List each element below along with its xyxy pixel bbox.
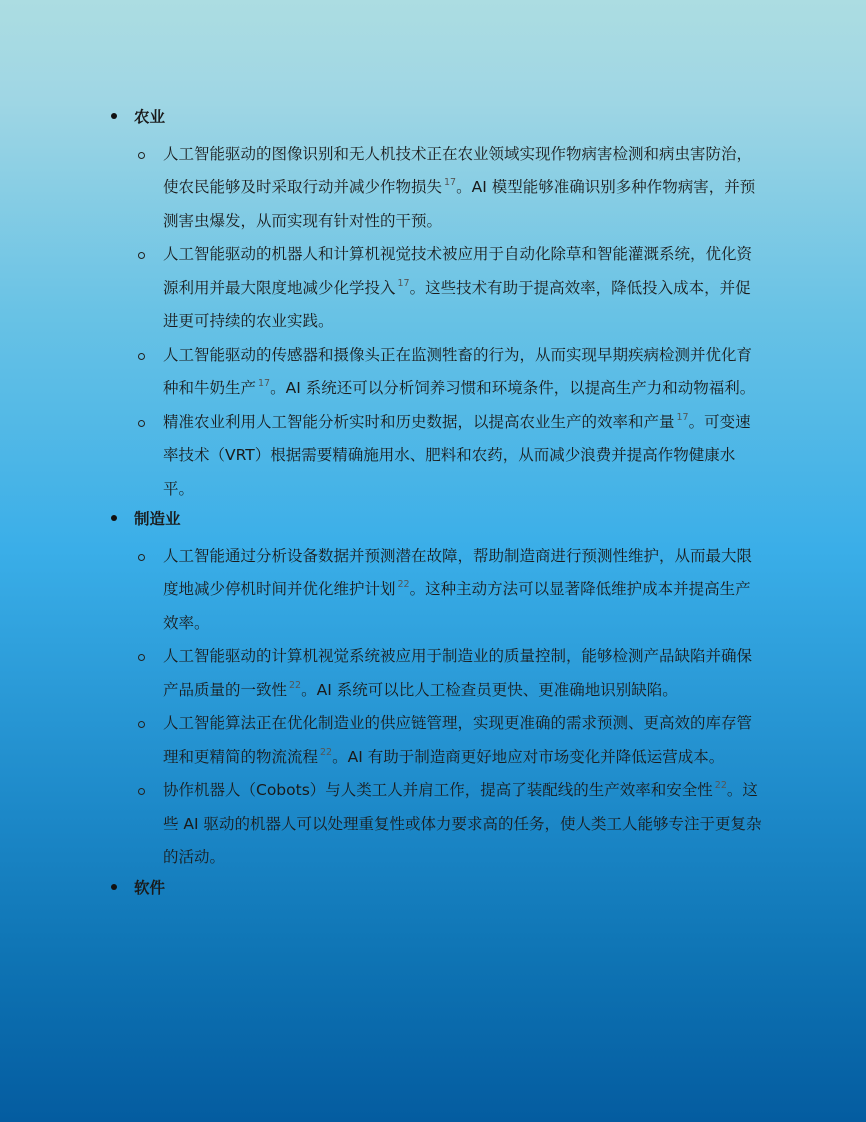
item-text: 人工智能通过分析设备数据并预测潜在故障，帮助制造商进行预测性维护，从而最大限度地…: [163, 540, 763, 641]
section-heading: 制造业: [108, 506, 768, 540]
item-text-main: 协作机器人（Cobots）与人类工人并肩工作，提高了装配线的生产效率和安全性: [163, 781, 713, 799]
list-item: 人工智能驱动的计算机视觉系统被应用于制造业的质量控制，能够检测产品缺陷并确保产品…: [108, 640, 763, 707]
citation-ref[interactable]: 22: [715, 780, 727, 791]
subitem-list: 人工智能驱动的图像识别和无人机技术正在农业领域实现作物病害检测和病虫害防治，使农…: [108, 138, 768, 507]
section-title: 农业: [134, 104, 165, 130]
section-agriculture: 农业 人工智能驱动的图像识别和无人机技术正在农业领域实现作物病害检测和病虫害防治…: [108, 104, 768, 506]
section-title: 软件: [134, 875, 165, 901]
bullet-disc-icon: [111, 515, 117, 521]
citation-ref[interactable]: 17: [444, 177, 456, 188]
item-text-rest: 。AI 有助于制造商更好地应对市场变化并降低运营成本。: [332, 748, 724, 766]
citation-ref[interactable]: 22: [289, 680, 301, 691]
list-item: 人工智能驱动的图像识别和无人机技术正在农业领域实现作物病害检测和病虫害防治，使农…: [108, 138, 763, 239]
section-software: 软件: [108, 875, 768, 909]
item-text: 协作机器人（Cobots）与人类工人并肩工作，提高了装配线的生产效率和安全性22…: [163, 774, 763, 875]
bullet-circle-icon: [138, 721, 145, 728]
section-manufacturing: 制造业 人工智能通过分析设备数据并预测潜在故障，帮助制造商进行预测性维护，从而最…: [108, 506, 768, 875]
bullet-circle-icon: [138, 554, 145, 561]
section-heading: 软件: [108, 875, 768, 909]
list-item: 人工智能通过分析设备数据并预测潜在故障，帮助制造商进行预测性维护，从而最大限度地…: [108, 540, 763, 641]
bullet-circle-icon: [138, 420, 145, 427]
citation-ref[interactable]: 17: [398, 278, 410, 289]
industry-list: 农业 人工智能驱动的图像识别和无人机技术正在农业领域实现作物病害检测和病虫害防治…: [108, 104, 768, 908]
item-text-rest: 。AI 系统还可以分析饲养习惯和环境条件，以提高生产力和动物福利。: [270, 379, 755, 397]
item-text: 人工智能驱动的传感器和摄像头正在监测牲畜的行为，从而实现早期疾病检测并优化育种和…: [163, 339, 763, 406]
item-text-main: 精准农业利用人工智能分析实时和历史数据，以提高农业生产的效率和产量: [163, 413, 675, 431]
bullet-circle-icon: [138, 252, 145, 259]
item-text: 人工智能驱动的图像识别和无人机技术正在农业领域实现作物病害检测和病虫害防治，使农…: [163, 138, 763, 239]
bullet-circle-icon: [138, 654, 145, 661]
list-item: 人工智能驱动的机器人和计算机视觉技术被应用于自动化除草和智能灌溉系统，优化资源利…: [108, 238, 763, 339]
list-item: 精准农业利用人工智能分析实时和历史数据，以提高农业生产的效率和产量17。可变速率…: [108, 406, 763, 507]
bullet-circle-icon: [138, 788, 145, 795]
item-text: 精准农业利用人工智能分析实时和历史数据，以提高农业生产的效率和产量17。可变速率…: [163, 406, 763, 507]
item-text-rest: 。AI 系统可以比人工检查员更快、更准确地识别缺陷。: [301, 681, 678, 699]
section-heading: 农业: [108, 104, 768, 138]
bullet-circle-icon: [138, 353, 145, 360]
list-item: 人工智能算法正在优化制造业的供应链管理，实现更准确的需求预测、更高效的库存管理和…: [108, 707, 763, 774]
bullet-circle-icon: [138, 152, 145, 159]
citation-ref[interactable]: 17: [677, 412, 689, 423]
bullet-disc-icon: [111, 884, 117, 890]
item-text: 人工智能驱动的机器人和计算机视觉技术被应用于自动化除草和智能灌溉系统，优化资源利…: [163, 238, 763, 339]
item-text: 人工智能算法正在优化制造业的供应链管理，实现更准确的需求预测、更高效的库存管理和…: [163, 707, 763, 774]
citation-ref[interactable]: 17: [258, 378, 270, 389]
item-text: 人工智能驱动的计算机视觉系统被应用于制造业的质量控制，能够检测产品缺陷并确保产品…: [163, 640, 763, 707]
list-item: 协作机器人（Cobots）与人类工人并肩工作，提高了装配线的生产效率和安全性22…: [108, 774, 763, 875]
list-item: 人工智能驱动的传感器和摄像头正在监测牲畜的行为，从而实现早期疾病检测并优化育种和…: [108, 339, 763, 406]
subitem-list: 人工智能通过分析设备数据并预测潜在故障，帮助制造商进行预测性维护，从而最大限度地…: [108, 540, 768, 875]
citation-ref[interactable]: 22: [320, 747, 332, 758]
document-page: 农业 人工智能驱动的图像识别和无人机技术正在农业领域实现作物病害检测和病虫害防治…: [0, 0, 866, 1122]
citation-ref[interactable]: 22: [398, 579, 410, 590]
section-title: 制造业: [134, 506, 181, 532]
bullet-disc-icon: [111, 113, 117, 119]
